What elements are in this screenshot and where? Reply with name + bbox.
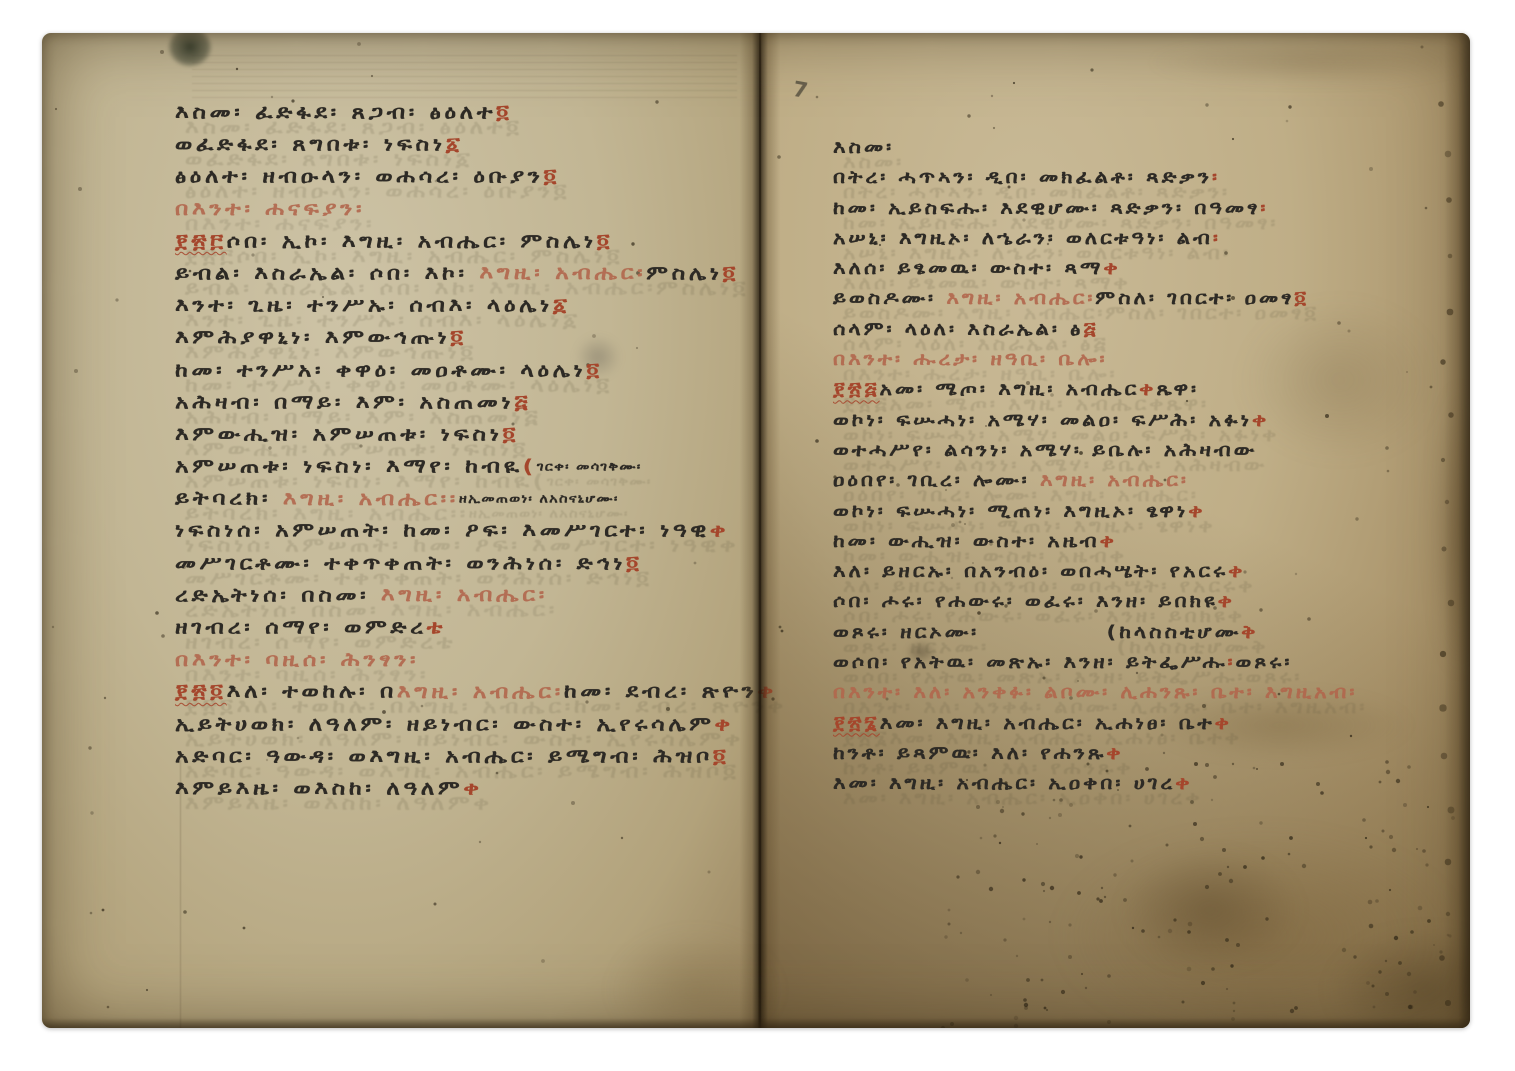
text-run: አሕዛብ፡ በማይ፡ እም፡ አስጠመነ — [175, 391, 514, 413]
text-run: ይብል፡ እስራኤል፡ ሶበ፡ እኮ፡ — [175, 262, 479, 284]
text-run: ዘኢመጠወነ፡ ለአስናኒሆሙ፡ — [459, 492, 619, 506]
text-line: እስመ፡ — [833, 133, 1357, 163]
text-line: እለ፡ ይዘርኡ፡ በአንብዕ፡ ወበሓሤት፡ የአርሩቀ — [833, 557, 1357, 587]
text-run: ይትባረክ፡ — [175, 488, 283, 510]
text-line: መሥገርቶሙ፡ ተቀጥቀጠት፡ ወንሕነሰ፡ ድኅነ፬ — [175, 547, 777, 579]
book-edge-shadow — [42, 1018, 1470, 1028]
text-line: ፅዕለተ፡ ዘብዑላን፡ ወሐሳረ፡ ዕቡያን፬ — [175, 160, 777, 192]
text-run: ፬ — [586, 359, 602, 381]
text-run: በእንተ፡ ሐናፍያን፡ — [175, 198, 365, 220]
text-run: ፬ — [1294, 288, 1309, 309]
text-line: ፻፳፫ሶበ፡ ኢኮ፡ እግዚ፡ አብሔር፡ ምስሌነ፬ — [175, 225, 777, 257]
text-run: ፭ — [514, 391, 531, 413]
text-run: እግዚ፡ አብሔር፡፡ — [283, 488, 459, 510]
text-run: ቀ — [1215, 713, 1232, 734]
text-line: አምሠጠቱ፡ ነፍስነ፡ እማየ፡ ከብዪ(ገርቀ፡ መሳገቅሙ፡ — [175, 450, 777, 482]
text-run: ቀ — [1139, 379, 1156, 400]
book-edge-shadow — [1444, 33, 1470, 1028]
text-line: አድባር፡ ዓውዳ፡ ወእግዚ፡ አብሔር፡ ይሜግብ፡ ሕዝቦ፬ — [175, 740, 777, 772]
text-line: ከመ፡ ኢይስፍሑ፡ እደዊሆሙ፡ ጻድቃን፡ በዓመፃ፡ — [833, 194, 1357, 224]
text-run: እግዚ፡ አብሔር፡ — [479, 262, 646, 284]
text-run: ፻፳፫ — [175, 230, 227, 252]
text-run: እስመ፡ ፈድፋደ፡ ጸጋብ፡ ፅዕለተ — [175, 101, 496, 123]
text-run: ፡ — [1260, 198, 1268, 219]
text-line: ፻፳፬እለ፡ ተወከሉ፡ በእግዚ፡ አብሔር፡ከመ፡ ደብረ፡ ጽዮንቀ — [175, 675, 777, 707]
text-line: ወጾሩ፡ ዘርኦሙ፡(ከላስስቲሆሙቅ — [833, 618, 1357, 648]
text-run: እምይእዜ፡ ወእስከ፡ ለዓለም — [175, 777, 463, 799]
text-run: እግዚ፡ አብሔር፡ — [946, 288, 1095, 309]
text-run: ፡ — [1213, 228, 1221, 249]
text-run: ቅ — [1241, 622, 1258, 643]
text-run: ወፈድፋደ፡ ጸግበቱ፡ ነፍስነ — [175, 134, 446, 156]
text-run: ዘገብረ፡ ሰማየ፡ ወምድረ — [175, 616, 427, 638]
text-line: ወተሓሥየ፡ ልሳንነ፡ አሜሃ፡ ይቤሉ፡ አሕዛብው — [833, 436, 1357, 466]
text-run: ወጾሩ፡ — [1236, 652, 1293, 673]
text-line: አሕዛብ፡ በማይ፡ እም፡ አስጠመነ፭ — [175, 386, 777, 418]
text-run: ሶበ፡ ሖሩ፡ የሐውሩ፡ ወፈሩ፡ እንዘ፡ ይበክዩ — [833, 591, 1218, 612]
text-line: ዘገብረ፡ ሰማየ፡ ወምድረቴ — [175, 611, 777, 643]
text-line: በእንተ፡ ሐናፍያን፡ — [175, 193, 777, 225]
text-run: ፡ — [1228, 652, 1236, 673]
text-run: ከመ፡ ውሒዝ፡ ውስተ፡ አዜብ — [833, 531, 1100, 552]
text-run: ፻፳፮ — [833, 713, 880, 734]
text-run: በትረ፡ ሓጥኣን፡ ዲበ፡ መክፈልቶ፡ ጻድቃን — [833, 167, 1212, 188]
text-run: እለሰ፡ ይፄመዉ፡ ውስተ፡ ጻማ — [833, 258, 1103, 279]
text-run: ቀ — [1106, 743, 1123, 764]
text-run: ከመ፡ ኢይስፍሑ፡ እደዊሆሙ፡ ጻድቃን፡ በዓመፃ — [833, 198, 1260, 219]
text-run: እለ፡ ይዘርኡ፡ በአንብዕ፡ ወበሓሤት፡ የአርሩ — [833, 561, 1228, 582]
text-run: ፬ — [713, 745, 729, 767]
text-run: (ከላስስቲሆሙ — [1107, 622, 1242, 643]
text-run: ቀ — [1228, 561, 1245, 582]
text-line: እምሕያዋኒነ፡ እምውኅጡነ፬ — [175, 321, 777, 353]
text-run: ( — [523, 455, 537, 477]
text-line: ኢይትሀወክ፡ ለዓለም፡ ዘይነብር፡ ውስተ፡ ኢየሩሳሌምቀ — [175, 708, 777, 740]
text-run: እግዚ፡ አብሔር፡ — [397, 681, 564, 703]
text-run: ቀ — [1100, 531, 1117, 552]
text-run: ቀ — [1175, 773, 1192, 794]
text-run: ፬ — [723, 262, 739, 284]
text-run: ምስሌነ — [646, 262, 722, 284]
text-run: ፩ — [446, 134, 464, 156]
text-run: እግዚ፡ አብሔር፡ — [1040, 470, 1189, 491]
text-run: እመ፡ እግዚ፡ አብሔር፡ ኢሐነፀ፡ ቤተ — [880, 713, 1215, 734]
text-run: እለ፡ ተወከሉ፡ በ — [227, 681, 397, 703]
text-run: ቀ — [715, 713, 734, 735]
manuscript-book: እስመ፡ ፈድፋደ፡ ጸጋብ፡ ፅዕለተ፬ወፈድፋደ፡ ጸግበቱ፡ ነፍስነ፩ፅ… — [42, 33, 1470, 1028]
text-run: ሰላም፡ ላዕለ፡ እስራኤል፡ ፅ — [833, 319, 1083, 340]
text-run: ምስለ፡ ገበርተ፡ ዐመፃ — [1095, 288, 1294, 309]
text-run: ሶበ፡ ኢኮ፡ እግዚ፡ አብሔር፡ ምስሌነ — [227, 230, 597, 252]
text-line: ይወስዶሙ፡ እግዚ፡ አብሔር፡ምስለ፡ ገበርተ፡ ዐመፃ፬ — [833, 284, 1357, 314]
text-run: ፻፳፬ — [175, 681, 227, 703]
text-run: እመ፡ እግዚ፡ አብሔር፡ ኢዐቀበ፡ ሀገረ — [833, 773, 1175, 794]
text-run: ፡ — [1212, 167, 1220, 188]
text-run: ፅዕለተ፡ ዘብዑላን፡ ወሐሳረ፡ ዕቡያን — [175, 166, 544, 188]
text-line: ረድኤትነሰ፡ በስመ፡ እግዚ፡ አብሔር፡ — [175, 579, 777, 611]
text-line: ወኮነ፡ ፍሡሓነ፡ ሚጠነ፡ እግዚኦ፡ ፄዋነቀ — [833, 497, 1357, 527]
text-line: እለሰ፡ ይፄመዉ፡ ውስተ፡ ጻማቀ — [833, 254, 1357, 284]
text-run: ኢይትሀወክ፡ ለዓለም፡ ዘይነብር፡ ውስተ፡ ኢየሩሳሌም — [175, 713, 715, 735]
text-run: ፬ — [450, 327, 466, 349]
text-line: ፻፳፭አመ፡ ሜጦ፡ እግዚ፡ አብሔርቀጼዋ፡ — [833, 375, 1357, 405]
text-run: አመ፡ ሜጦ፡ እግዚ፡ አብሔር — [880, 379, 1140, 400]
text-line: ከመ፡ ተንሥአ፡ ቀዋዕ፡ መዐቶሙ፡ ላዕሌነ፬ — [175, 354, 777, 386]
text-run: ፬ — [496, 101, 512, 123]
text-line: ወፈድፋደ፡ ጸግበቱ፡ ነፍስነ፩ — [175, 128, 777, 160]
text-line: ይብል፡ እስራኤል፡ ሶበ፡ እኮ፡ እግዚ፡ አብሔር፡ምስሌነ፬ — [175, 257, 777, 289]
text-line: በእንተ፡ ሑረታ፡ ዘዓቢ፡ ቤሎ፡ — [833, 345, 1357, 375]
text-run: ቀ — [1188, 501, 1205, 522]
text-run: አድባር፡ ዓውዳ፡ ወእግዚ፡ አብሔር፡ ይሜግብ፡ ሕዝቦ — [175, 745, 713, 767]
text-run: እግዚ፡ አብሔር፡ — [381, 584, 548, 606]
text-line: ሰላም፡ ላዕለ፡ እስራኤል፡ ፅ፭ — [833, 315, 1357, 345]
text-run: ቀ — [710, 520, 729, 542]
text-line: ሶበ፡ ሖሩ፡ የሐውሩ፡ ወፈሩ፡ እንዘ፡ ይበክዩቀ — [833, 587, 1357, 617]
text-run: ገርቀ፡ መሳገቅሙ፡ — [537, 459, 642, 473]
text-run: ቀ — [1252, 410, 1269, 431]
text-run: ይወስዶሙ፡ — [833, 288, 946, 309]
text-run: አሠኒ፡ እግዚኦ፡ ለኄራን፡ ወለርቱዓነ፡ ልብ — [833, 228, 1213, 249]
text-run: ቀ — [1218, 591, 1235, 612]
text-run: ፬ — [626, 552, 642, 574]
text-run: ፬ — [503, 423, 519, 445]
text-line: በእንተ፡ እለ፡ አንቀፉ፡ ልቦሙ፡ ሊሐንጹ፡ ቤተ፡ እግዚአብ፡ — [833, 678, 1357, 708]
text-run: ፬ — [544, 166, 560, 188]
text-run: ነፍስነሰ፡ አምሠጠት፡ ከመ፡ ዖፍ፡ እመሥገርተ፡ ነዓዊ — [175, 520, 710, 542]
text-run: አምሠጠቱ፡ ነፍስነ፡ እማየ፡ ከብዪ — [175, 455, 523, 477]
text-line: ፻፳፮እመ፡ እግዚ፡ አብሔር፡ ኢሐነፀ፡ ቤተቀ — [833, 709, 1357, 739]
text-run: ወጾሩ፡ ዘርኦሙ፡ — [833, 622, 979, 643]
text-line: እስመ፡ ፈድፋደ፡ ጸጋብ፡ ፅዕለተ፬ — [175, 96, 777, 128]
text-run: መሥገርቶሙ፡ ተቀጥቀጠት፡ ወንሕነሰ፡ ድኅነ — [175, 552, 626, 574]
text-line: ከንቶ፡ ይጻምዉ፡ እለ፡ የሐንጹቀ — [833, 739, 1357, 769]
text-run: ወተሓሥየ፡ ልሳንነ፡ አሜሃ፡ ይቤሉ፡ አሕዛብው — [833, 440, 1257, 461]
text-run: ወኮነ፡ ፍሡሓነ፡ ሚጠነ፡ እግዚኦ፡ ፄዋነ — [833, 501, 1188, 522]
left-page-text: እስመ፡ ፈድፋደ፡ ጸጋብ፡ ፅዕለተ፬ወፈድፋደ፡ ጸግበቱ፡ ነፍስነ፩ፅ… — [175, 96, 668, 804]
text-run: በእንተ፡ እለ፡ አንቀፉ፡ ልቦሙ፡ ሊሐንጹ፡ ቤተ፡ እግዚአብ፡ — [833, 682, 1357, 703]
text-run: በእንተ፡ ባዚሰ፡ ሕንፃን፡ — [175, 649, 419, 671]
text-line: እንተ፡ ጊዜ፡ ተንሥኡ፡ ሰብእ፡ ላዕሌነ፩ — [175, 289, 777, 321]
text-run: ፭ — [1083, 319, 1098, 340]
text-line: እምይእዜ፡ ወእስከ፡ ለዓለምቀ — [175, 772, 777, 804]
text-run: ከንቶ፡ ይጻምዉ፡ እለ፡ የሐንጹ — [833, 743, 1106, 764]
text-line: እመ፡ እግዚ፡ አብሔር፡ ኢዐቀበ፡ ሀገረቀ — [833, 769, 1357, 799]
text-run: ቀ — [1103, 258, 1120, 279]
text-line: ዐዕበየ፡ ገቢረ፡ ሎሙ፡ እግዚ፡ አብሔር፡ — [833, 466, 1357, 496]
right-page-text: እስመ፡በትረ፡ ሓጥኣን፡ ዲበ፡ መክፈልቶ፡ ጻድቃን፡ከመ፡ ኢይስፍሑ… — [833, 133, 1277, 800]
text-run: ፻፳፭ — [833, 379, 880, 400]
text-run: እምሕያዋኒነ፡ እምውኅጡነ — [175, 327, 450, 349]
text-run: ፩ — [553, 295, 571, 317]
text-line: በእንተ፡ ባዚሰ፡ ሕንፃን፡ — [175, 643, 777, 675]
text-run: እምውሒዝ፡ አምሠጠቱ፡ ነፍስነ — [175, 423, 503, 445]
text-run: ወኮነ፡ ፍሡሓነ፡ አሜሃ፡ መልዐ፡ ፍሥሕ፡ አፉነ — [833, 410, 1252, 431]
text-line: ነፍስነሰ፡ አምሠጠት፡ ከመ፡ ዖፍ፡ እመሥገርተ፡ ነዓዊቀ — [175, 514, 777, 546]
text-run: ከመ፡ ተንሥአ፡ ቀዋዕ፡ መዐቶሙ፡ ላዕሌነ — [175, 359, 586, 381]
text-line: ወኮነ፡ ፍሡሓነ፡ አሜሃ፡ መልዐ፡ ፍሥሕ፡ አፉነቀ — [833, 406, 1357, 436]
text-run: ዐዕበየ፡ ገቢረ፡ ሎሙ፡ — [833, 470, 1040, 491]
text-run: ከመ፡ ደብረ፡ ጽዮን — [564, 681, 758, 703]
text-line: እምውሒዝ፡ አምሠጠቱ፡ ነፍስነ፬ — [175, 418, 777, 450]
book-gutter — [740, 33, 780, 1028]
text-run: ወሶበ፡ የአትዉ፡ መጽኡ፡ እንዘ፡ ይትፌሥሑ — [833, 652, 1228, 673]
text-line: በትረ፡ ሓጥኣን፡ ዲበ፡ መክፈልቶ፡ ጻድቃን፡ — [833, 163, 1357, 193]
text-run: ጼዋ፡ — [1156, 379, 1199, 400]
text-run: ረድኤትነሰ፡ በስመ፡ — [175, 584, 381, 606]
text-line: ወሶበ፡ የአትዉ፡ መጽኡ፡ እንዘ፡ ይትፌሥሑ፡ወጾሩ፡ — [833, 648, 1357, 678]
text-run: እስመ፡ — [833, 137, 894, 158]
text-line: ይትባረክ፡ እግዚ፡ አብሔር፡፡ዘኢመጠወነ፡ ለአስናኒሆሙ፡ — [175, 482, 777, 514]
text-line: ከመ፡ ውሒዝ፡ ውስተ፡ አዜብቀ — [833, 527, 1357, 557]
text-line: አሠኒ፡ እግዚኦ፡ ለኄራን፡ ወለርቱዓነ፡ ልብ፡ — [833, 224, 1357, 254]
text-run: ቀ — [463, 777, 482, 799]
text-run: እንተ፡ ጊዜ፡ ተንሥኡ፡ ሰብእ፡ ላዕሌነ — [175, 295, 553, 317]
text-run: ቴ — [427, 616, 446, 638]
text-run: ፬ — [597, 230, 613, 252]
text-run: በእንተ፡ ሑረታ፡ ዘዓቢ፡ ቤሎ፡ — [833, 349, 1107, 370]
